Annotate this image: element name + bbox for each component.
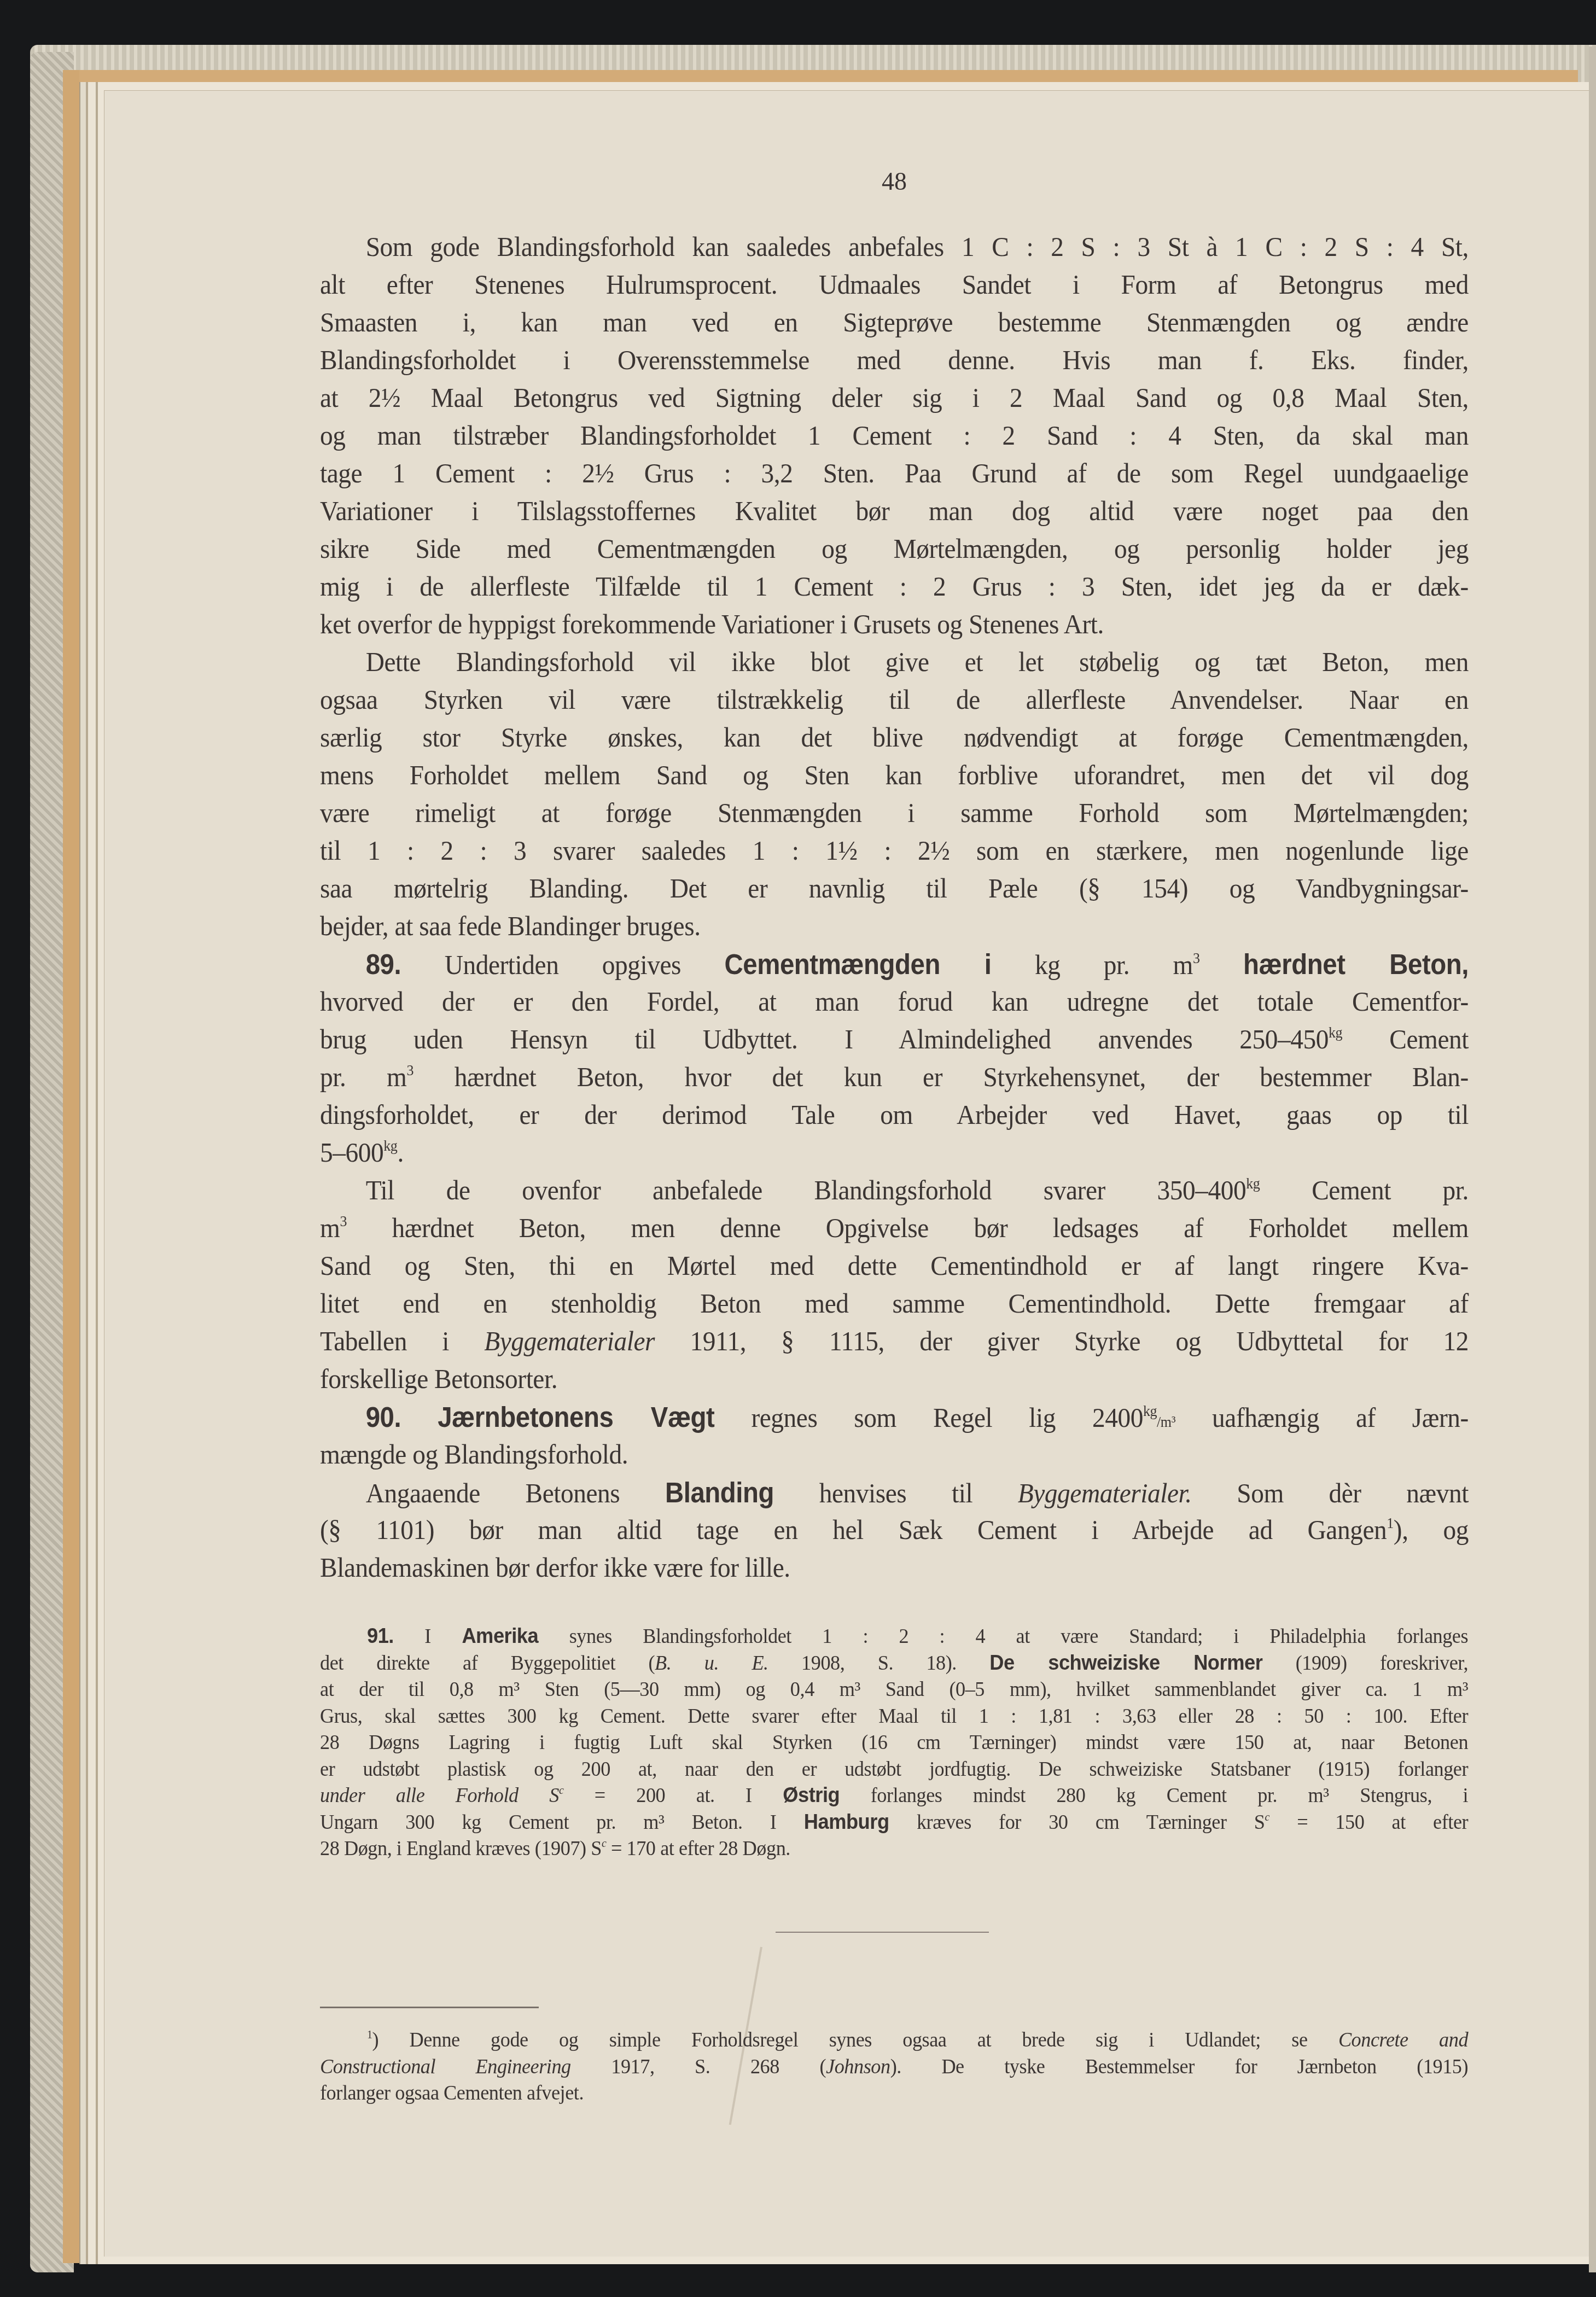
text-line: Tabellen i Byggematerialer 1911, § 1115,… (320, 1323, 1469, 1361)
text-line: Dette Blandingsforhold vil ikke blot giv… (320, 644, 1469, 681)
text-line: bejder, at saa fede Blandinger bruges. (320, 908, 1469, 946)
text-line: Grus, skal sættes 300 kg Cement. Dette s… (320, 1703, 1468, 1730)
text-line: Smaasten i, kan man ved en Sigteprøve be… (320, 304, 1469, 342)
text-line: ogsaa Styrken vil være tilstrækkelig til… (320, 681, 1469, 719)
page-right-edge (1589, 46, 1596, 2272)
bold-term: Blanding (665, 1477, 774, 1508)
footnote-line: forlanger ogsaa Cementen afvejet. (320, 2080, 1468, 2107)
text-line: 5–600kg. (320, 1134, 1469, 1172)
text-line: og man tilstræber Blandingsforholdet 1 C… (320, 417, 1469, 455)
section-number: 90. (366, 1402, 401, 1433)
section-number: 91. (367, 1625, 394, 1648)
footnote-line: Constructional Engineering 1917, S. 268 … (320, 2054, 1468, 2080)
text-line: til 1 : 2 : 3 svarer saaledes 1 : 1½ : 2… (320, 832, 1469, 870)
text-line: brug uden Hensyn til Udbyttet. I Alminde… (320, 1021, 1469, 1059)
section-89-line: 89. Undertiden opgives Cementmængden i k… (320, 946, 1469, 983)
text-line: Blandingsforholdet i Overensstemmelse me… (320, 342, 1469, 380)
text-line: pr. m3 hærdnet Beton, hvor det kun er St… (320, 1059, 1469, 1097)
section-91: 91. I Amerika synes Blandingsforholdet 1… (320, 1623, 1469, 1862)
text-line: være rimeligt at forøge Stenmængden i sa… (320, 795, 1469, 832)
section-91-line: 91. I Amerika synes Blandingsforholdet 1… (320, 1623, 1468, 1650)
text-line: mig i de allerfleste Tilfælde til 1 Ceme… (320, 568, 1469, 606)
section-90-line: 90. Jærnbetonens Vægt regnes som Regel l… (320, 1398, 1469, 1436)
text-line: Angaaende Betonens Blanding henvises til… (320, 1474, 1469, 1512)
body-text: Som gode Blandingsforhold kan saaledes a… (320, 229, 1469, 1587)
text-line: Sand og Sten, thi en Mørtel med dette Ce… (320, 1247, 1469, 1285)
footnote: 1) Denne gode og simple Forholdsregel sy… (320, 2027, 1469, 2107)
bold-term: Jærnbetonens Vægt (438, 1402, 714, 1433)
text-line: ket overfor de hyppigst forekommende Var… (320, 606, 1469, 644)
text-line: mængde og Blandingsforhold. (320, 1436, 1469, 1474)
text-line: det direkte af Byggepolitiet (B. u. E. 1… (320, 1650, 1468, 1677)
text-line: Variationer i Tilslagsstoffernes Kvalite… (320, 493, 1469, 530)
footnote-marker: 1 (367, 2028, 372, 2041)
book-board-left (63, 70, 79, 2263)
bold-term: Østrig (783, 1784, 840, 1807)
text-line: at 2½ Maal Betongrus ved Sigtning deler … (320, 380, 1469, 417)
text-line: særlig stor Styrke ønskes, kan det blive… (320, 719, 1469, 757)
text-line: tage 1 Cement : 2½ Grus : 3,2 Sten. Paa … (320, 455, 1469, 493)
text-line: 28 Døgns Lagring i fugtig Luft skal Styr… (320, 1729, 1468, 1756)
text-line: er udstøbt plastisk og 200 at, naar den … (320, 1756, 1468, 1783)
bold-term: hærdnet Beton, (1243, 949, 1469, 980)
text-line: saa mørtelrig Blanding. Det er navnlig t… (320, 870, 1469, 908)
page-number: 48 (875, 167, 913, 196)
text-line: Til de ovenfor anbefalede Blandingsforho… (320, 1172, 1469, 1210)
text-line: sikre Side med Cementmængden og Mørtelmæ… (320, 530, 1469, 568)
text-line: (§ 1101) bør man altid tage en hel Sæk C… (320, 1512, 1469, 1549)
text-line: dingsforholdet, er der derimod Tale om A… (320, 1097, 1469, 1134)
bold-term: Cementmængden i (724, 949, 991, 980)
text-line: under alle Forhold Sc = 200 at. I Østrig… (320, 1782, 1468, 1809)
text-line: forskellige Betonsorter. (320, 1361, 1469, 1398)
text-line: Ungarn 300 kg Cement pr. m³ Beton. I Ham… (320, 1809, 1468, 1836)
text-line: Som gode Blandingsforhold kan saaledes a… (320, 229, 1469, 266)
text-line: 28 Døgn, i England kræves (1907) Sc = 17… (320, 1835, 1468, 1862)
text-line: Blandemaskinen bør derfor ikke være for … (320, 1549, 1469, 1587)
text-line: mens Forholdet mellem Sand og Sten kan f… (320, 757, 1469, 795)
bold-term: Amerika (462, 1625, 538, 1648)
bold-term: Hamburg (804, 1811, 889, 1834)
text-line: litet end en stenholdig Beton med samme … (320, 1285, 1469, 1323)
bold-term: De schweiziske Normer (989, 1652, 1262, 1675)
text-line: m3 hærdnet Beton, men denne Opgivelse bø… (320, 1210, 1469, 1247)
footnote-line: 1) Denne gode og simple Forholdsregel sy… (320, 2027, 1468, 2054)
divider-line (776, 1932, 989, 1933)
section-number: 89. (366, 949, 401, 980)
text-line: hvorved der er den Fordel, at man forud … (320, 983, 1469, 1021)
text-line: alt efter Stenenes Hulrumsprocent. Udmaa… (320, 266, 1469, 304)
text-line: at der til 0,8 m³ Sten (5—30 mm) og 0,4 … (320, 1676, 1468, 1703)
book-title: Byggematerialer (484, 1326, 655, 1357)
footnote-separator (320, 2007, 539, 2008)
book-title: Byggematerialer. (1018, 1478, 1192, 1509)
footnote-ref: 1 (1387, 1515, 1394, 1532)
